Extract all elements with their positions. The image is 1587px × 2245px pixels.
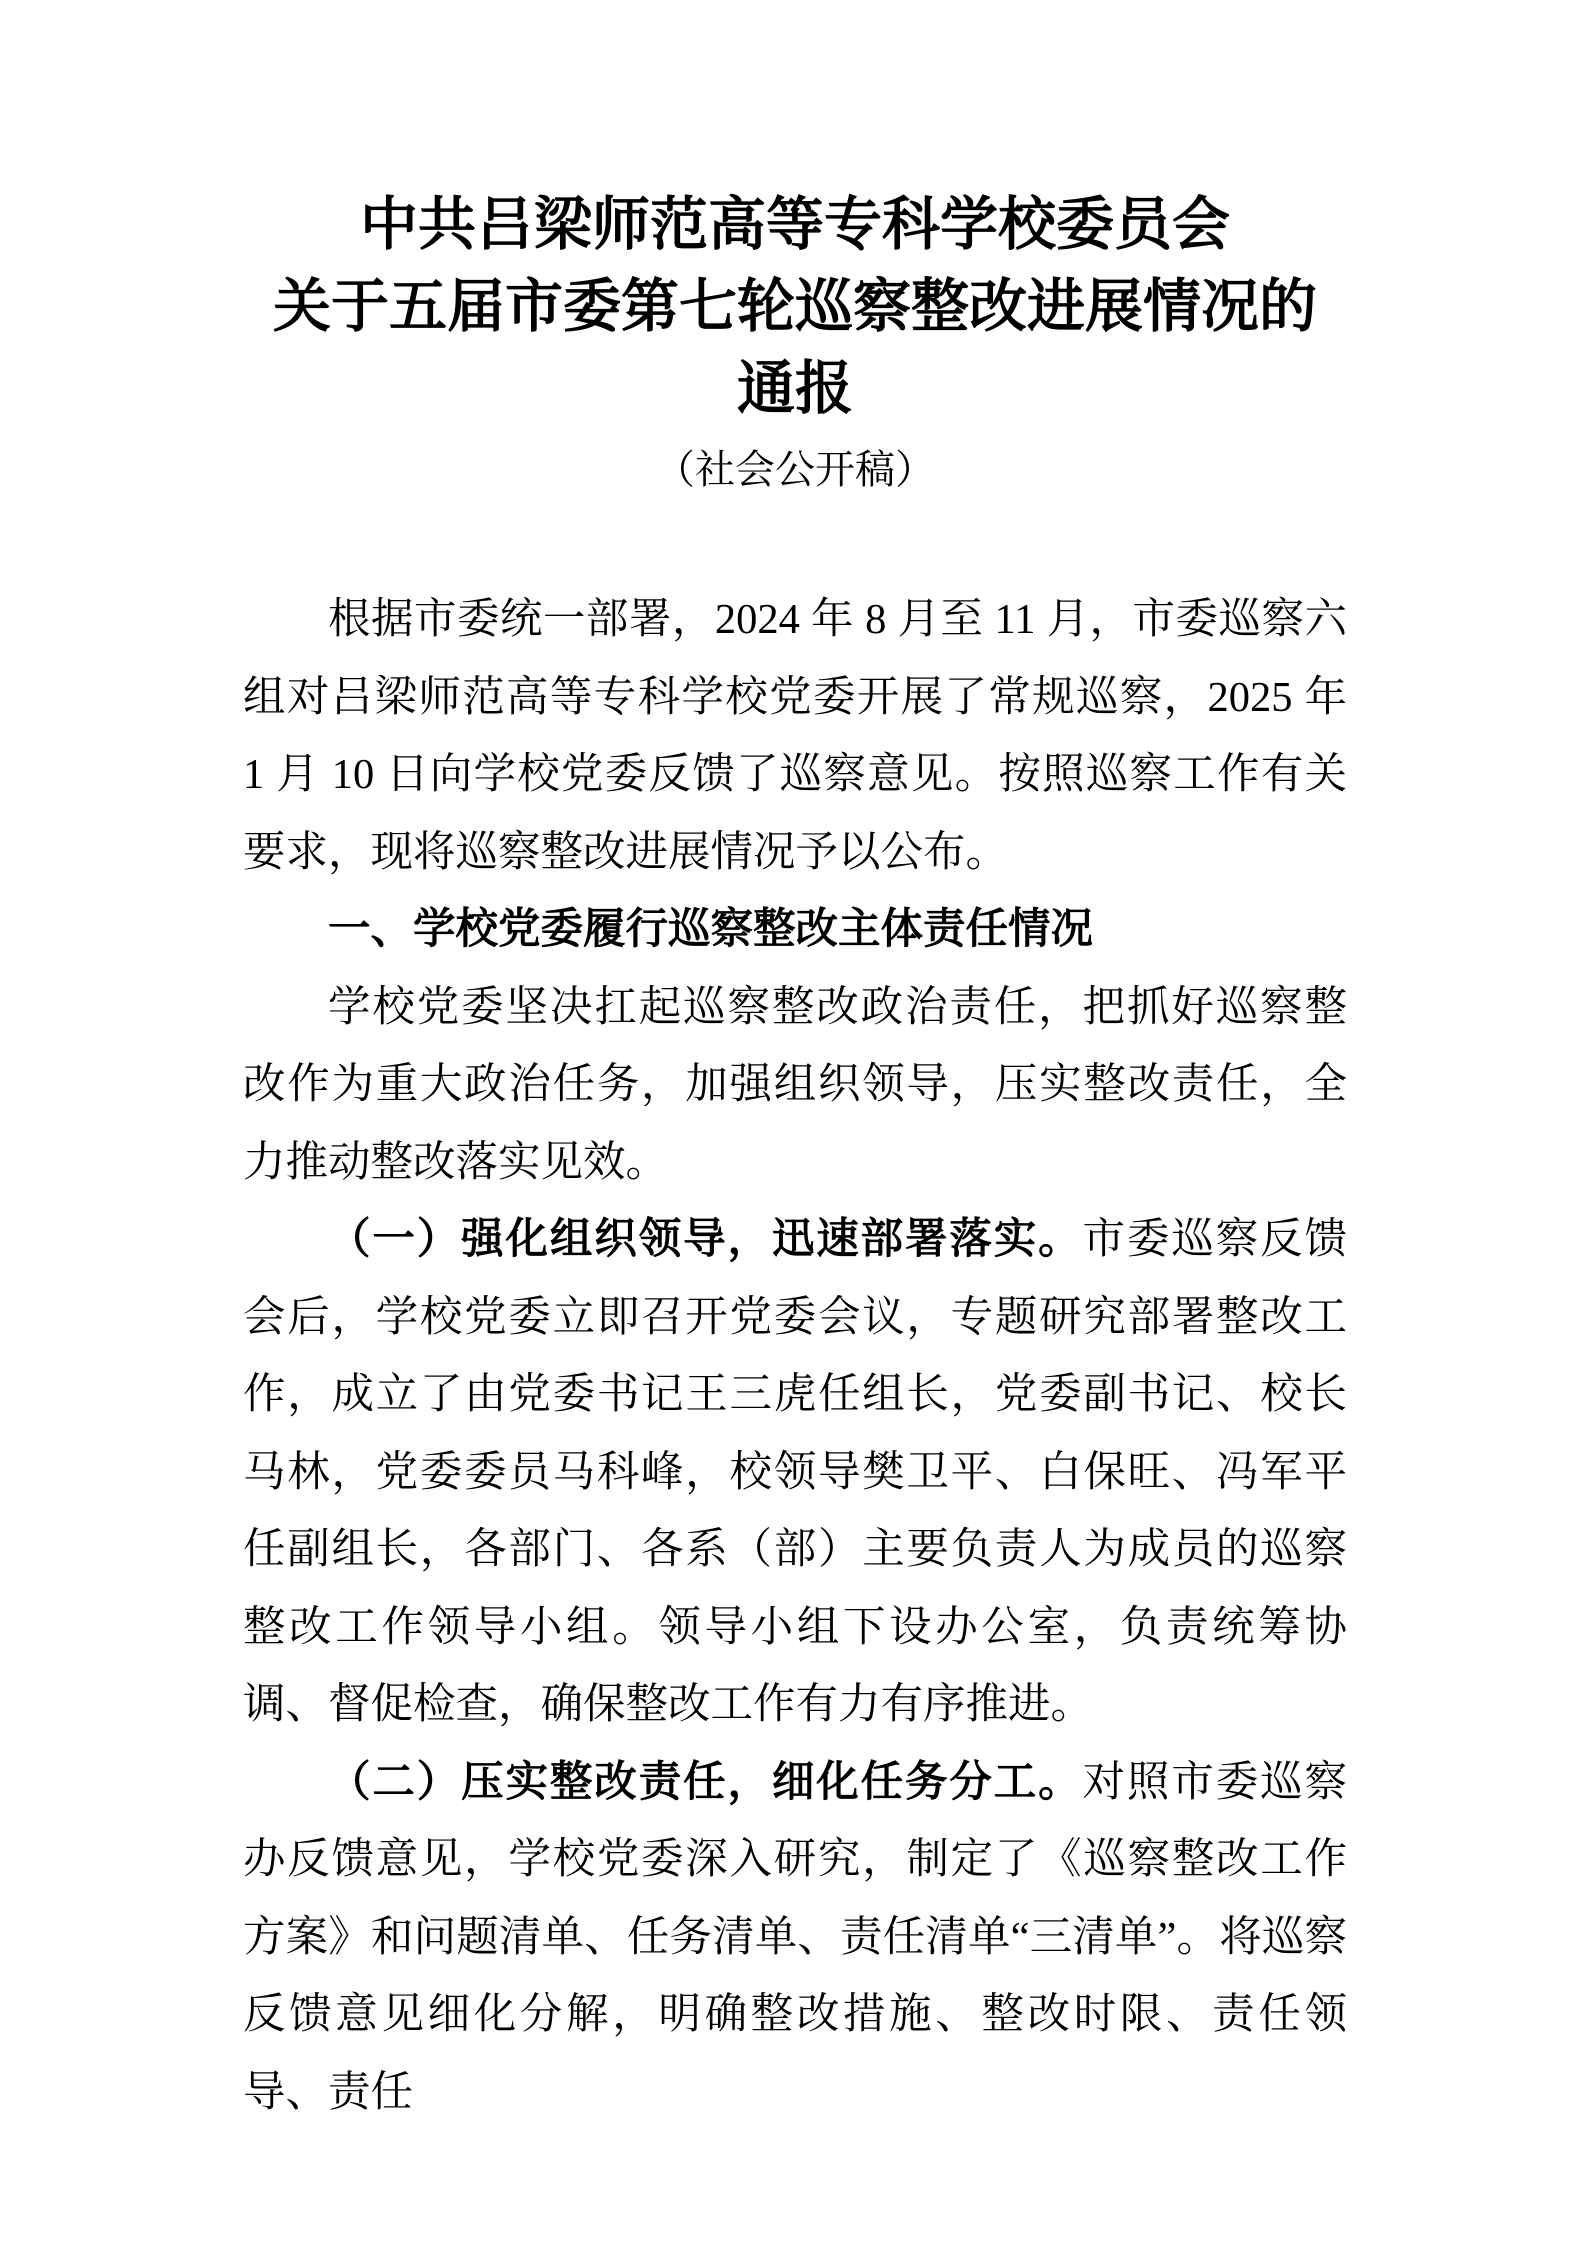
item-2-lead: （二）压实整改责任，细化任务分工。 bbox=[328, 1759, 1083, 1806]
item-2-paragraph: （二）压实整改责任，细化任务分工。对照市委巡察办反馈意见，学校党委深入研究，制定… bbox=[243, 1744, 1347, 2132]
document-title-line-1: 中共吕梁师范高等专科学校委员会 bbox=[243, 184, 1347, 266]
section-1-intro-paragraph: 学校党委坚决扛起巡察整改政治责任，把抓好巡察整改作为重大政治任务，加强组织领导，… bbox=[243, 969, 1347, 1202]
section-1-heading: 一、学校党委履行巡察整改主体责任情况 bbox=[243, 891, 1347, 969]
document-subtitle: （社会公开稿） bbox=[243, 430, 1347, 510]
document-title-line-2: 关于五届市委第七轮巡察整改进展情况的 bbox=[243, 266, 1347, 348]
item-1-text: 市委巡察反馈会后，学校党委立即召开党委会议，专题研究部署整改工作，成立了由党委书… bbox=[243, 1216, 1347, 1728]
item-1-paragraph: （一）强化组织领导，迅速部署落实。市委巡察反馈会后，学校党委立即召开党委会议，专… bbox=[243, 1201, 1347, 1744]
document-title-line-3: 通报 bbox=[243, 348, 1347, 430]
document-title: 中共吕梁师范高等专科学校委员会 关于五届市委第七轮巡察整改进展情况的 通报 bbox=[243, 184, 1347, 430]
document-page: 中共吕梁师范高等专科学校委员会 关于五届市委第七轮巡察整改进展情况的 通报 （社… bbox=[0, 0, 1587, 2245]
paragraph-intro: 根据市委统一部署，2024 年 8 月至 11 月，市委巡察六组对吕梁师范高等专… bbox=[243, 581, 1347, 891]
item-2-text: 对照市委巡察办反馈意见，学校党委深入研究，制定了《巡察整改工作方案》和问题清单、… bbox=[243, 1759, 1347, 2116]
item-1-lead: （一）强化组织领导，迅速部署落实。 bbox=[328, 1216, 1083, 1263]
document-body: 根据市委统一部署，2024 年 8 月至 11 月，市委巡察六组对吕梁师范高等专… bbox=[243, 581, 1347, 2131]
